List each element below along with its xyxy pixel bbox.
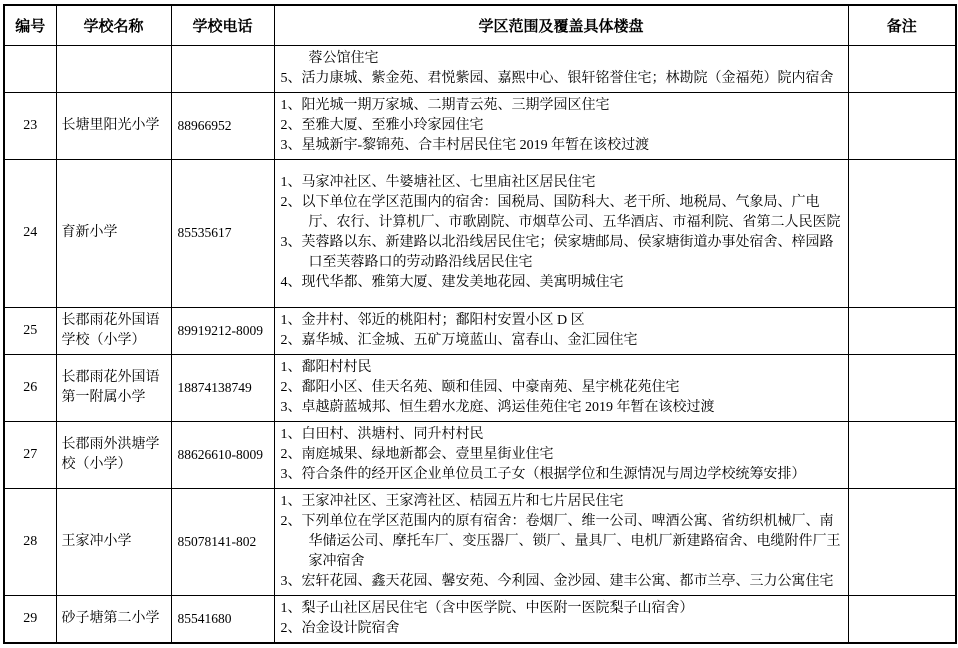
school-name-cell: 砂子塘第二小学 [56, 595, 171, 643]
scope-line: 2、鄱阳小区、佳天名苑、颐和佳园、中豪南苑、星宇桃花苑住宅 [281, 378, 842, 398]
scope-line: 1、金井村、邻近的桃阳村；鄱阳村安置小区 D 区 [281, 311, 842, 331]
scope-line: 3、芙蓉路以东、新建路以北沿线居民住宅；侯家塘邮局、侯家塘街道办事处宿舍、梓园路… [281, 233, 842, 273]
scope-line: 1、梨子山社区居民住宅（含中医学院、中医附一医院梨子山宿舍） [281, 599, 842, 619]
school-phone-cell: 88966952 [171, 92, 274, 159]
scope-line: 2、南庭城果、绿地新都会、壹里星街业住宅 [281, 445, 842, 465]
row-id-cell: 23 [4, 92, 56, 159]
row-id-cell: 28 [4, 488, 56, 595]
table-row: 蓉公馆住宅 5、活力康城、紫金苑、君悦紫园、嘉熙中心、银轩铭誉住宅；林勘院（金福… [4, 45, 956, 92]
school-name-cell: 育新小学 [56, 159, 171, 307]
header-school-phone: 学校电话 [171, 5, 274, 45]
note-cell [848, 488, 956, 595]
school-name-cell: 长郡雨花外国语第一附属小学 [56, 354, 171, 421]
table-row: 26 长郡雨花外国语第一附属小学 18874138749 1、鄱阳村村民 2、鄱… [4, 354, 956, 421]
scope-line: 2、冶金设计院宿舍 [281, 619, 842, 639]
school-name-cell: 长塘里阳光小学 [56, 92, 171, 159]
scope-cell: 1、王家冲社区、王家湾社区、桔园五片和七片居民住宅 2、下列单位在学区范围内的原… [274, 488, 848, 595]
table-row: 28 王家冲小学 85078141-802 1、王家冲社区、王家湾社区、桔园五片… [4, 488, 956, 595]
school-phone-cell: 18874138749 [171, 354, 274, 421]
scope-cell: 1、金井村、邻近的桃阳村；鄱阳村安置小区 D 区 2、嘉华城、汇金城、五矿万境蓝… [274, 307, 848, 354]
scope-line: 2、下列单位在学区范围内的原有宿舍：卷烟厂、维一公司、啤酒公寓、省纺织机械厂、南… [281, 512, 842, 572]
note-cell [848, 159, 956, 307]
note-cell [848, 595, 956, 643]
school-phone-cell: 85535617 [171, 159, 274, 307]
scope-line: 蓉公馆住宅 [281, 49, 842, 69]
row-id-cell: 26 [4, 354, 56, 421]
school-phone-cell: 85078141-802 [171, 488, 274, 595]
scope-line: 1、王家冲社区、王家湾社区、桔园五片和七片居民住宅 [281, 492, 842, 512]
table-row: 27 长郡雨外洪塘学校（小学） 88626610-8009 1、白田村、洪塘村、… [4, 421, 956, 488]
scope-line: 1、阳光城一期万家城、二期青云苑、三期学园区住宅 [281, 96, 842, 116]
scope-cell: 1、梨子山社区居民住宅（含中医学院、中医附一医院梨子山宿舍） 2、冶金设计院宿舍 [274, 595, 848, 643]
row-id-cell: 27 [4, 421, 56, 488]
school-phone-cell [171, 45, 274, 92]
row-id-cell: 25 [4, 307, 56, 354]
school-district-table-sheet: 编号 学校名称 学校电话 学区范围及覆盖具体楼盘 备注 蓉公馆住宅 5、活力康城… [3, 4, 955, 644]
scope-line: 1、马家冲社区、牛婆塘社区、七里庙社区居民住宅 [281, 173, 842, 193]
scope-line: 3、星城新宇-黎锦苑、合丰村居民住宅 2019 年暂在该校过渡 [281, 136, 842, 156]
school-phone-cell: 88626610-8009 [171, 421, 274, 488]
row-id-cell [4, 45, 56, 92]
scope-line: 2、至雅大厦、至雅小玲家园住宅 [281, 116, 842, 136]
table-row: 24 育新小学 85535617 1、马家冲社区、牛婆塘社区、七里庙社区居民住宅… [4, 159, 956, 307]
scope-line: 4、现代华都、雅第大厦、建发美地花园、美寓明城住宅 [281, 273, 842, 293]
scope-line: 5、活力康城、紫金苑、君悦紫园、嘉熙中心、银轩铭誉住宅；林勘院（金福苑）院内宿舍 [281, 69, 842, 89]
scope-cell: 1、鄱阳村村民 2、鄱阳小区、佳天名苑、颐和佳园、中豪南苑、星宇桃花苑住宅 3、… [274, 354, 848, 421]
note-cell [848, 354, 956, 421]
header-row: 编号 学校名称 学校电话 学区范围及覆盖具体楼盘 备注 [4, 5, 956, 45]
row-id-cell: 24 [4, 159, 56, 307]
header-id: 编号 [4, 5, 56, 45]
note-cell [848, 421, 956, 488]
scope-line: 1、白田村、洪塘村、同升村村民 [281, 425, 842, 445]
note-cell [848, 45, 956, 92]
school-phone-cell: 85541680 [171, 595, 274, 643]
scope-line: 3、宏轩花园、鑫天花园、馨安苑、今利园、金沙园、建丰公寓、都市兰亭、三力公寓住宅 [281, 572, 842, 592]
table-row: 29 砂子塘第二小学 85541680 1、梨子山社区居民住宅（含中医学院、中医… [4, 595, 956, 643]
scope-cell: 蓉公馆住宅 5、活力康城、紫金苑、君悦紫园、嘉熙中心、银轩铭誉住宅；林勘院（金福… [274, 45, 848, 92]
scope-line: 3、符合条件的经开区企业单位员工子女（根据学位和生源情况与周边学校统筹安排） [281, 465, 842, 485]
school-name-cell [56, 45, 171, 92]
table-row: 23 长塘里阳光小学 88966952 1、阳光城一期万家城、二期青云苑、三期学… [4, 92, 956, 159]
header-school-name: 学校名称 [56, 5, 171, 45]
header-scope: 学区范围及覆盖具体楼盘 [274, 5, 848, 45]
scope-line: 2、以下单位在学区范围内的宿舍：国税局、国防科大、老干所、地税局、气象局、广电厅… [281, 193, 842, 233]
school-name-cell: 长郡雨花外国语学校（小学） [56, 307, 171, 354]
scope-cell: 1、白田村、洪塘村、同升村村民 2、南庭城果、绿地新都会、壹里星街业住宅 3、符… [274, 421, 848, 488]
scope-line: 1、鄱阳村村民 [281, 358, 842, 378]
scope-line: 3、卓越蔚蓝城邦、恒生碧水龙庭、鸿运佳苑住宅 2019 年暂在该校过渡 [281, 398, 842, 418]
scope-line: 2、嘉华城、汇金城、五矿万境蓝山、富春山、金汇园住宅 [281, 331, 842, 351]
school-phone-cell: 89919212-8009 [171, 307, 274, 354]
row-id-cell: 29 [4, 595, 56, 643]
school-name-cell: 王家冲小学 [56, 488, 171, 595]
school-district-table: 编号 学校名称 学校电话 学区范围及覆盖具体楼盘 备注 蓉公馆住宅 5、活力康城… [3, 4, 957, 644]
header-note: 备注 [848, 5, 956, 45]
school-name-cell: 长郡雨外洪塘学校（小学） [56, 421, 171, 488]
note-cell [848, 307, 956, 354]
scope-cell: 1、马家冲社区、牛婆塘社区、七里庙社区居民住宅 2、以下单位在学区范围内的宿舍：… [274, 159, 848, 307]
scope-cell: 1、阳光城一期万家城、二期青云苑、三期学园区住宅 2、至雅大厦、至雅小玲家园住宅… [274, 92, 848, 159]
note-cell [848, 92, 956, 159]
table-row: 25 长郡雨花外国语学校（小学） 89919212-8009 1、金井村、邻近的… [4, 307, 956, 354]
